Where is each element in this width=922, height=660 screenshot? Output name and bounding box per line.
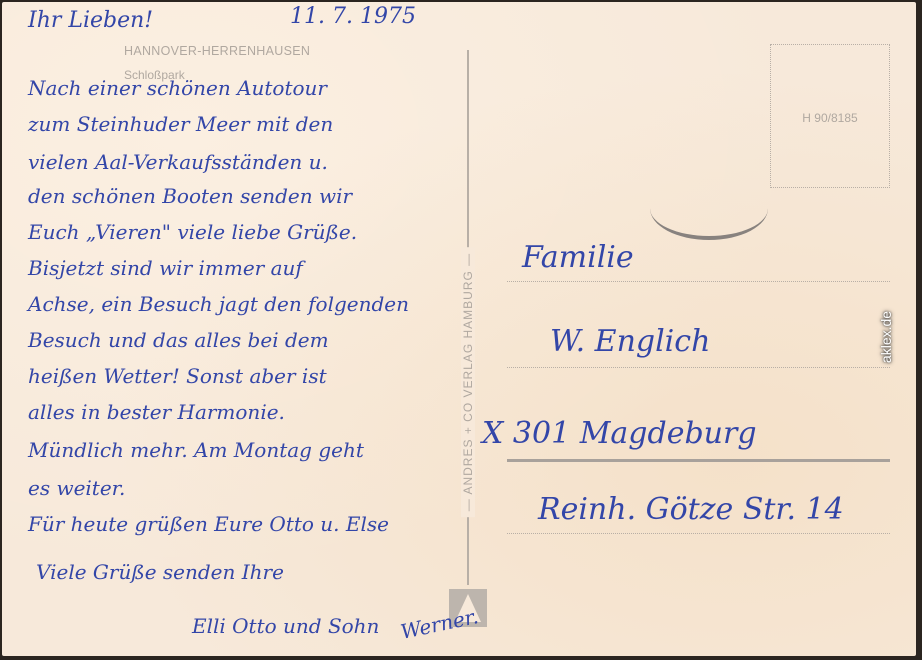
message-line: alles in bester Harmonie. xyxy=(28,402,285,422)
stamp-box-code: H 90/8185 xyxy=(771,111,889,125)
address-city: X 301 Magdeburg xyxy=(482,416,757,451)
watermark: aklex.de xyxy=(878,311,894,363)
postmark-arc xyxy=(650,202,768,240)
message-line: Achse, ein Besuch jagt den folgenden xyxy=(28,294,409,314)
signature-name: Werner. xyxy=(399,606,480,642)
message-line: Mündlich mehr. Am Montag geht xyxy=(28,440,364,460)
message-line: es weiter. xyxy=(28,478,125,498)
message-line: heißen Wetter! Sonst aber ist xyxy=(28,366,327,386)
stamp-box: H 90/8185 xyxy=(770,44,890,188)
message-line: Viele Grüße senden Ihre xyxy=(36,562,284,582)
message-line: Besuch und das alles bei dem xyxy=(28,330,329,350)
address-line-3 xyxy=(507,459,890,462)
message-line: Für heute grüßen Eure Otto u. Else xyxy=(28,514,389,534)
message-line: Nach einer schönen Autotour xyxy=(28,78,327,98)
publisher-imprint: — ANDRES + CO VERLAG HAMBURG — xyxy=(461,247,475,517)
message-line: zum Steinhuder Meer mit den xyxy=(28,114,333,134)
message-salutation: Ihr Lieben! xyxy=(28,10,153,32)
message-line: vielen Aal-Verkaufsständen u. xyxy=(28,152,328,172)
address-recipient: Familie xyxy=(522,240,634,275)
message-line: den schönen Booten senden wir xyxy=(28,186,352,206)
address-name: W. Englich xyxy=(550,324,710,359)
message-line: Euch „Vieren" viele liebe Grüße. xyxy=(28,222,357,242)
message-line: Bisjetzt sind wir immer auf xyxy=(28,258,303,278)
signature-line: Elli Otto und Sohn xyxy=(192,616,379,636)
message-date: 11. 7. 1975 xyxy=(290,6,416,28)
address-line-2 xyxy=(507,367,890,368)
address-line-1 xyxy=(507,281,890,282)
postcard-back: HANNOVER-HERRENHAUSEN Schloßpark — ANDRE… xyxy=(2,2,916,656)
address-street: Reinh. Götze Str. 14 xyxy=(538,492,844,527)
printed-location-title: HANNOVER-HERRENHAUSEN xyxy=(124,44,310,58)
address-line-4 xyxy=(507,533,890,534)
